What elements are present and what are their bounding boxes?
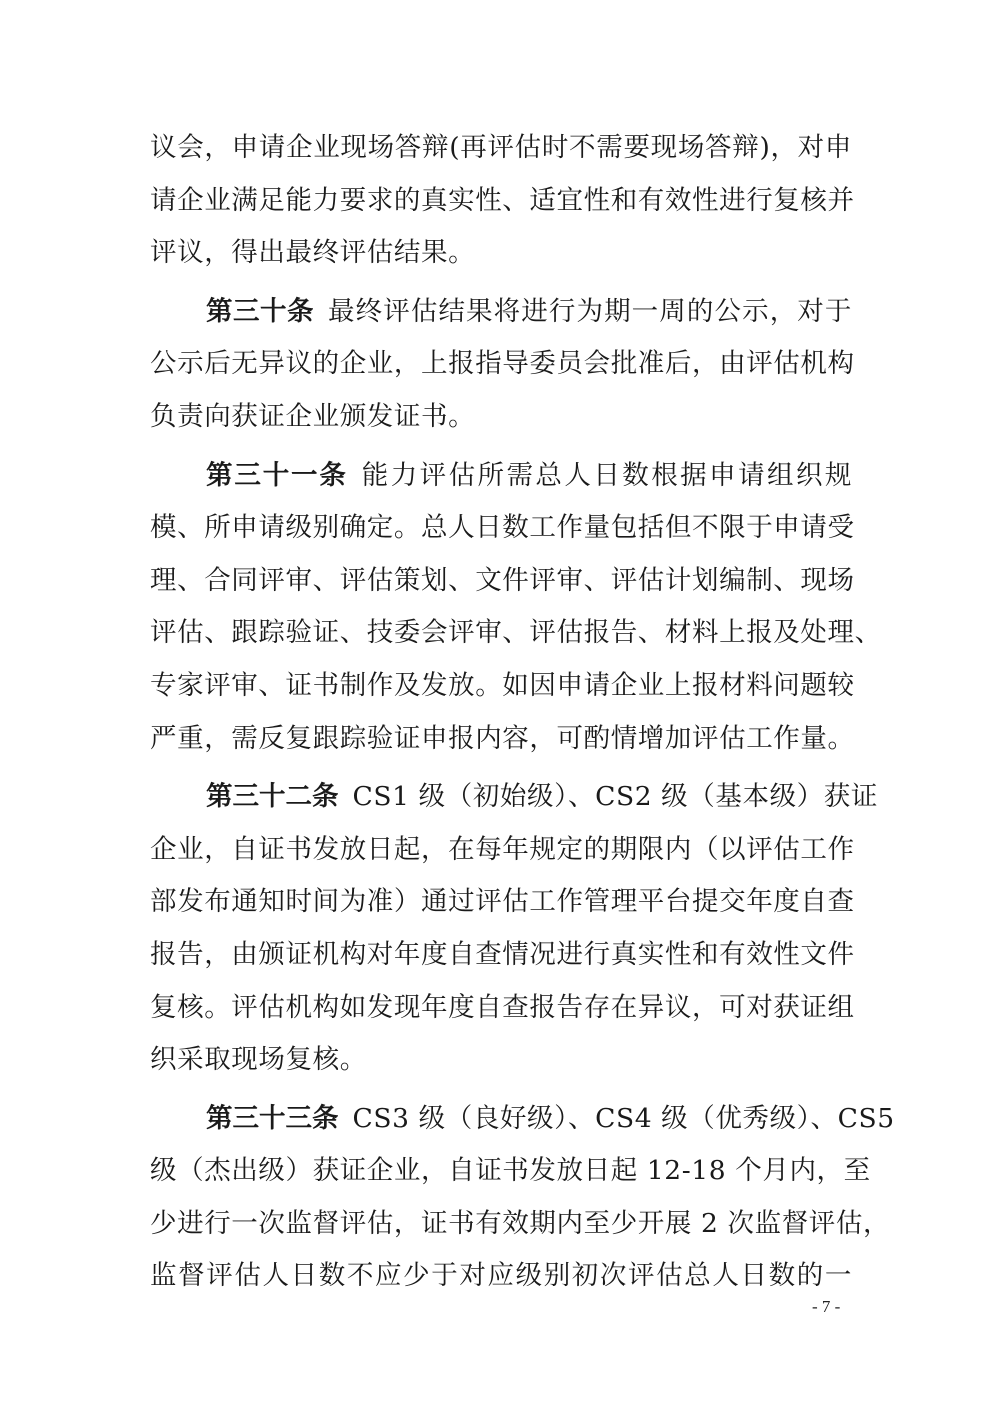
article-32: 第三十二条CS1 级（初始级）、CS2 级（基本级）获证 企业，自证书发放日起，… [150,771,852,1087]
document-page-body: 议会，申请企业现场答辩(再评估时不需要现场答辩)，对申 请企业满足能力要求的真实… [150,122,852,1303]
text-line: 第三十一条能力评估所需总人日数根据申请组织规 [150,450,852,503]
text-line: 监督评估人日数不应少于对应级别初次评估总人日数的一 [150,1250,852,1303]
text-line: 理、合同评审、评估策划、文件评审、评估计划编制、现场 [150,555,852,608]
text-line: 严重，需反复跟踪验证申报内容，可酌情增加评估工作量。 [150,713,852,766]
text-line: 第三十三条CS3 级（良好级）、CS4 级（优秀级）、CS5 [150,1093,852,1146]
text-line: 第三十条最终评估结果将进行为期一周的公示，对于 [150,286,852,339]
article-text: CS1 级（初始级）、CS2 级（基本级）获证 [353,781,878,812]
article-text: 最终评估结果将进行为期一周的公示，对于 [328,296,852,327]
paragraph-continuation: 议会，申请企业现场答辩(再评估时不需要现场答辩)，对申 请企业满足能力要求的真实… [150,122,852,280]
text-line: 级（杰出级）获证企业，自证书发放日起 12-18 个月内，至 [150,1145,852,1198]
article-heading: 第三十二条 [206,781,339,812]
text-line: 织采取现场复核。 [150,1034,852,1087]
text-line: 企业，自证书发放日起，在每年规定的期限内（以评估工作 [150,824,852,877]
page-number: - 7 - [812,1297,840,1317]
article-text: 能力评估所需总人日数根据申请组织规 [362,460,852,491]
text-line: 第三十二条CS1 级（初始级）、CS2 级（基本级）获证 [150,771,852,824]
article-30: 第三十条最终评估结果将进行为期一周的公示，对于 公示后无异议的企业，上报指导委员… [150,286,852,444]
text-line: 请企业满足能力要求的真实性、适宜性和有效性进行复核并 [150,175,852,228]
article-heading: 第三十一条 [206,460,348,491]
text-line: 议会，申请企业现场答辩(再评估时不需要现场答辩)，对申 [150,122,852,175]
text-line: 专家评审、证书制作及发放。如因申请企业上报材料问题较 [150,660,852,713]
text-line: 部发布通知时间为准）通过评估工作管理平台提交年度自查 [150,876,852,929]
article-text: CS3 级（良好级）、CS4 级（优秀级）、CS5 [353,1103,895,1134]
text-line: 报告，由颁证机构对年度自查情况进行真实性和有效性文件 [150,929,852,982]
text-line: 负责向获证企业颁发证书。 [150,391,852,444]
text-line: 评估、跟踪验证、技委会评审、评估报告、材料上报及处理、 [150,607,852,660]
text-line: 少进行一次监督评估，证书有效期内至少开展 2 次监督评估， [150,1198,852,1251]
text-line: 模、所申请级别确定。总人日数工作量包括但不限于申请受 [150,502,852,555]
article-heading: 第三十条 [206,296,314,327]
text-line: 复核。评估机构如发现年度自查报告存在异议，可对获证组 [150,982,852,1035]
text-line: 公示后无异议的企业，上报指导委员会批准后，由评估机构 [150,338,852,391]
article-31: 第三十一条能力评估所需总人日数根据申请组织规 模、所申请级别确定。总人日数工作量… [150,450,852,766]
text-line: 评议，得出最终评估结果。 [150,227,852,280]
article-33: 第三十三条CS3 级（良好级）、CS4 级（优秀级）、CS5 级（杰出级）获证企… [150,1093,852,1303]
article-heading: 第三十三条 [206,1103,339,1134]
